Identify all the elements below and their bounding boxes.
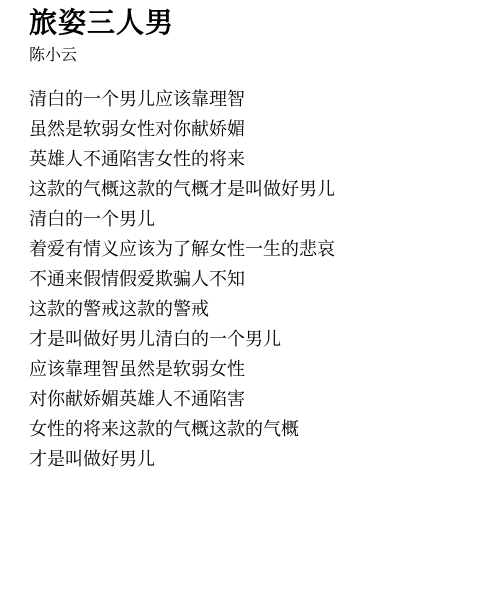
lyric-line: 虽然是软弱女性对你献娇媚 — [29, 114, 480, 144]
lyric-line: 对你献娇媚英雄人不通陷害 — [29, 384, 480, 414]
lyrics-page: 旅姿三人男 陈小云 清白的一个男儿应该靠理智 虽然是软弱女性对你献娇媚 英雄人不… — [0, 0, 500, 610]
lyric-line: 着爱有情义应该为了解女性一生的悲哀 — [29, 234, 480, 264]
lyric-line: 英雄人不通陷害女性的将来 — [29, 144, 480, 174]
lyric-line: 这款的警戒这款的警戒 — [29, 294, 480, 324]
lyric-line: 清白的一个男儿应该靠理智 — [29, 84, 480, 114]
lyric-line: 才是叫做好男儿 — [29, 444, 480, 474]
artist-name: 陈小云 — [29, 45, 480, 67]
lyric-line: 清白的一个男儿 — [29, 204, 480, 234]
lyric-line: 这款的气概这款的气概才是叫做好男儿 — [29, 174, 480, 204]
lyric-line: 才是叫做好男儿清白的一个男儿 — [29, 324, 480, 354]
lyrics-block: 清白的一个男儿应该靠理智 虽然是软弱女性对你献娇媚 英雄人不通陷害女性的将来 这… — [29, 84, 480, 474]
lyric-line: 女性的将来这款的气概这款的气概 — [29, 414, 480, 444]
song-title: 旅姿三人男 — [29, 6, 480, 40]
lyric-line: 不通来假情假爱欺骗人不知 — [29, 264, 480, 294]
lyric-line: 应该靠理智虽然是软弱女性 — [29, 354, 480, 384]
